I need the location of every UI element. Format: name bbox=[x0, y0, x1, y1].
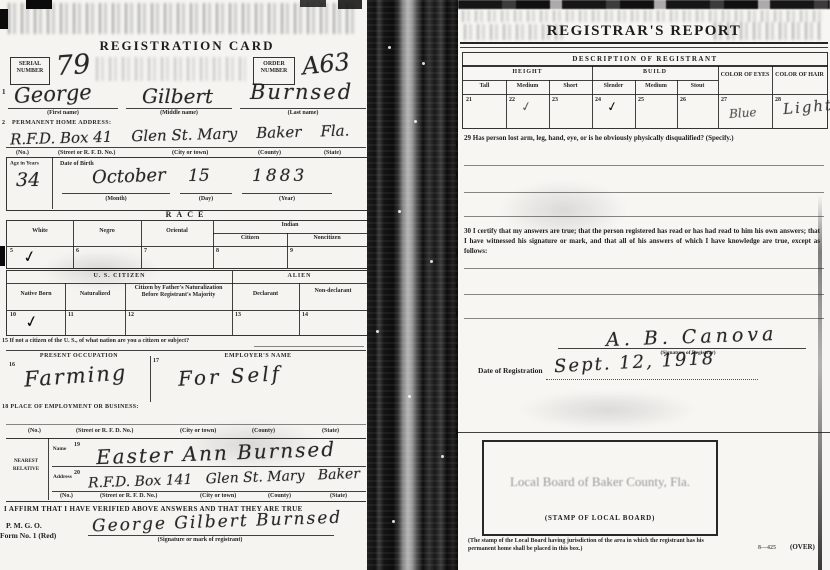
build-slender-checkmark: ✓ bbox=[606, 99, 620, 116]
q18-answer-line bbox=[6, 424, 366, 425]
dob-day-sublabel: (Day) bbox=[180, 196, 232, 203]
serial-number-box: SERIAL NUMBER bbox=[10, 57, 50, 85]
serial-number-label: SERIAL NUMBER bbox=[11, 61, 49, 75]
registrars-report-card: REGISTRAR'S REPORT DESCRIPTION OF REGIST… bbox=[458, 0, 830, 570]
naturalized-label: Naturalized bbox=[65, 291, 125, 298]
citizen-table: U. S. CITIZEN ALIEN Native Born Naturali… bbox=[6, 270, 368, 336]
race-indian-label: Indian bbox=[213, 222, 367, 229]
alien-header: ALIEN bbox=[232, 273, 367, 280]
form-code: 8—425 bbox=[758, 545, 776, 552]
age-label: Age in Years bbox=[10, 161, 39, 167]
stamp-box-label: (STAMP OF LOCAL BOARD) bbox=[484, 514, 716, 522]
relative-name-label: Name bbox=[53, 446, 67, 452]
build-header: BUILD bbox=[592, 69, 718, 76]
name-last-value: Burnsed bbox=[250, 80, 353, 104]
build-slender-num: 24 bbox=[595, 97, 601, 104]
film-speck bbox=[422, 62, 425, 65]
height-tall-num: 21 bbox=[466, 97, 472, 104]
declarant-label: Declarant bbox=[232, 291, 299, 298]
non-declarant-label: Non-declarant bbox=[299, 288, 367, 295]
eyes-value: Blue bbox=[729, 105, 757, 121]
citizen-grid-line bbox=[7, 310, 367, 311]
employer-header: EMPLOYER'S NAME bbox=[150, 353, 366, 360]
microfilm-ghost-text bbox=[8, 3, 356, 34]
race-table: White Negro Oriental Indian Citizen Nonc… bbox=[6, 220, 368, 269]
race-header: RACE bbox=[0, 210, 374, 219]
registration-date-value: Sept. 12, 1918 bbox=[554, 348, 716, 377]
relative-sublabel-state: (State) bbox=[330, 493, 347, 500]
dob-year-sublabel: (Year) bbox=[242, 196, 332, 203]
dob-month-value: October bbox=[92, 165, 166, 189]
title-double-rule bbox=[460, 42, 828, 48]
dob-day-value: 15 bbox=[188, 166, 210, 186]
race-grid-line bbox=[7, 246, 367, 247]
q29-answer-line bbox=[464, 192, 824, 193]
build-medium-label: Medium bbox=[635, 83, 677, 90]
hair-num: 28 bbox=[775, 97, 781, 104]
microfilm-top-bar bbox=[458, 0, 830, 9]
q18-sublabel-county: (County) bbox=[252, 428, 275, 435]
relative-sublabel-city: (City or town) bbox=[200, 493, 236, 500]
name-middle-value: Gilbert bbox=[142, 84, 213, 108]
relative-sublabel-county: (County) bbox=[268, 493, 291, 500]
race-indian-citizen-num: 8 bbox=[216, 248, 219, 255]
film-crease bbox=[818, 195, 822, 570]
age-value: 34 bbox=[16, 169, 40, 191]
name-underline bbox=[240, 108, 366, 109]
description-header: DESCRIPTION OF REGISTRANT bbox=[463, 55, 827, 63]
citizen-grid-line bbox=[125, 283, 126, 335]
address-sublabel-street: (Street or R. F. D. No.) bbox=[58, 150, 115, 157]
q18-sublabel-street: (Street or R. F. D. No.) bbox=[76, 428, 133, 435]
stamp-footnote: (The stamp of the Local Board having jur… bbox=[468, 537, 724, 553]
occupation-divider bbox=[150, 356, 151, 402]
address-sublabel-county: (County) bbox=[258, 150, 281, 157]
registrant-signature-label: (Signature or mark of registrant) bbox=[110, 537, 290, 544]
address-sublabel-city: (City or town) bbox=[172, 150, 208, 157]
race-oriental-num: 7 bbox=[144, 248, 147, 255]
film-speck bbox=[408, 395, 411, 398]
relative-sublabel-street: (Street or R. F. D. No.) bbox=[100, 493, 157, 500]
employer-value: For Self bbox=[177, 361, 282, 390]
local-board-stamp-text: Local Board of Baker County, Fla. bbox=[484, 474, 716, 490]
citizen-grid-line bbox=[232, 271, 233, 335]
native-born-label: Native Born bbox=[7, 291, 65, 298]
nearest-relative-divider bbox=[48, 438, 49, 500]
name-last-sublabel: (Last name) bbox=[240, 110, 366, 117]
film-edge-mark bbox=[300, 0, 326, 7]
dob-day-underline bbox=[180, 193, 232, 194]
race-indian-noncitizen-num: 9 bbox=[290, 248, 293, 255]
film-speck bbox=[392, 520, 395, 523]
q29-text: 29 Has person lost arm, leg, hand, eye, … bbox=[464, 133, 756, 144]
address-sublabel-no: (No.) bbox=[16, 150, 29, 157]
height-header: HEIGHT bbox=[463, 69, 592, 76]
race-oriental-label: Oriental bbox=[141, 228, 213, 235]
race-negro-num: 6 bbox=[76, 248, 79, 255]
address-label: PERMANENT HOME ADDRESS: bbox=[12, 120, 111, 127]
race-white-label: White bbox=[7, 228, 73, 235]
name-first-sublabel: (First name) bbox=[8, 110, 118, 117]
race-indian-citizen-label: Citizen bbox=[213, 235, 287, 242]
film-edge-mark bbox=[0, 246, 5, 266]
relative-addr-underline bbox=[52, 491, 366, 492]
race-grid-line bbox=[213, 233, 367, 234]
registrant-signature-underline bbox=[88, 535, 334, 536]
dob-year-value: 1883 bbox=[252, 166, 307, 186]
film-speck bbox=[388, 46, 391, 49]
build-stout-label: Stout bbox=[677, 83, 718, 90]
registration-card: REGISTRATION CARD SERIAL NUMBER 79 ORDER… bbox=[0, 0, 374, 570]
form-no: Form No. 1 (Red) bbox=[0, 531, 56, 540]
eyes-header: COLOR OF EYES bbox=[720, 72, 770, 79]
q15-text: 15 If not a citizen of the U. S., of wha… bbox=[2, 338, 189, 345]
report-title: REGISTRAR'S REPORT bbox=[458, 23, 830, 40]
film-speck bbox=[376, 330, 379, 333]
desc-grid-line bbox=[718, 66, 719, 128]
race-white-checkmark: ✓ bbox=[21, 246, 38, 267]
race-negro-label: Negro bbox=[73, 228, 141, 235]
q15-answer-line bbox=[254, 346, 364, 347]
microfilm-ghost-text bbox=[96, 57, 246, 81]
local-board-stamp-box: Local Board of Baker County, Fla. (STAMP… bbox=[482, 440, 718, 536]
employer-num: 17 bbox=[153, 358, 159, 365]
registration-date-underline bbox=[546, 379, 758, 380]
dob-year-underline bbox=[242, 193, 332, 194]
film-band bbox=[367, 0, 458, 570]
q29-answer-line bbox=[464, 165, 824, 166]
height-short-label: Short bbox=[549, 83, 592, 90]
race-white-num: 5 bbox=[10, 248, 13, 255]
occupation-header: PRESENT OCCUPATION bbox=[8, 353, 150, 360]
naturalized-num: 11 bbox=[68, 312, 74, 319]
film-edge-mark bbox=[0, 9, 8, 29]
hair-header: COLOR OF HAIR bbox=[774, 72, 825, 79]
nearest-relative-label-line2: RELATIVE bbox=[7, 467, 44, 473]
paper-smudge bbox=[518, 390, 698, 430]
stamp-section-rule bbox=[458, 432, 830, 433]
build-slender-label: Slender bbox=[592, 83, 635, 90]
relative-addr-label: Address bbox=[53, 474, 72, 480]
build-stout-num: 26 bbox=[680, 97, 686, 104]
non-declarant-num: 14 bbox=[302, 312, 308, 319]
desc-grid-line bbox=[463, 80, 718, 81]
occupation-value: Farming bbox=[23, 360, 128, 391]
relative-sublabel-no: (No.) bbox=[60, 493, 73, 500]
address-underline bbox=[6, 147, 366, 148]
relative-addr-num: 20 bbox=[74, 470, 80, 477]
q18-sublabel-city: (City or town) bbox=[180, 428, 216, 435]
dob-label: Date of Birth bbox=[60, 161, 94, 168]
occupation-num: 16 bbox=[9, 362, 15, 369]
dob-month-sublabel: (Month) bbox=[62, 196, 170, 203]
age-dob-divider bbox=[52, 157, 53, 209]
description-table: HEIGHT BUILD COLOR OF EYES COLOR OF HAIR… bbox=[462, 65, 828, 129]
name-underline bbox=[126, 108, 232, 109]
citizen-by-father-label: Citizen by Father's Naturalization Befor… bbox=[127, 285, 230, 299]
citizen-grid-line bbox=[7, 283, 367, 284]
film-speck bbox=[441, 455, 444, 458]
desc-grid-line bbox=[463, 94, 827, 95]
q29-answer-line bbox=[464, 216, 824, 217]
film-edge-mark bbox=[338, 0, 362, 9]
q30-answer-line bbox=[464, 318, 824, 319]
address-line-number: 2 bbox=[2, 120, 5, 127]
race-indian-noncitizen-label: Noncitizen bbox=[287, 235, 367, 242]
native-born-num: 10 bbox=[10, 312, 16, 319]
height-tall-label: Tall bbox=[463, 83, 506, 90]
name-underline bbox=[8, 108, 118, 109]
scanned-draft-card: { "left": { "title": "REGISTRATION CARD"… bbox=[0, 0, 830, 570]
hair-value: Light bbox=[782, 96, 830, 118]
address-sublabel-state: (State) bbox=[324, 150, 341, 157]
over-label: (OVER) bbox=[790, 543, 815, 551]
height-medium-checkmark: ✓ bbox=[520, 99, 534, 116]
relative-name-num: 19 bbox=[74, 442, 80, 449]
q18-sublabel-state: (State) bbox=[322, 428, 339, 435]
name-first-value: George bbox=[13, 80, 92, 108]
declarant-num: 13 bbox=[235, 312, 241, 319]
registrar-signature-value: A. B. Canova bbox=[606, 323, 778, 351]
build-medium-num: 25 bbox=[638, 97, 644, 104]
film-speck bbox=[430, 260, 433, 263]
film-edge-mark bbox=[26, 0, 52, 9]
serial-number-value: 79 bbox=[55, 49, 91, 82]
q30-text: 30 I certify that my answers are true; t… bbox=[464, 226, 820, 256]
height-medium-label: Medium bbox=[506, 83, 549, 90]
height-medium-num: 22 bbox=[509, 97, 515, 104]
film-speck bbox=[414, 120, 417, 123]
q18-sublabel-no: (No.) bbox=[28, 428, 41, 435]
q30-answer-line bbox=[464, 268, 824, 269]
desc-grid-line bbox=[772, 66, 773, 128]
registration-date-label: Date of Registration bbox=[478, 366, 543, 375]
name-middle-sublabel: (Middle name) bbox=[126, 110, 232, 117]
order-number-value: A63 bbox=[301, 48, 352, 81]
q30-answer-line bbox=[464, 294, 824, 295]
us-citizen-header: U. S. CITIZEN bbox=[7, 273, 232, 280]
height-short-num: 23 bbox=[552, 97, 558, 104]
order-number-label: ORDER NUMBER bbox=[254, 61, 294, 75]
name-line-number: 1 bbox=[2, 88, 6, 96]
occupation-section-topline bbox=[6, 350, 366, 351]
eyes-num: 27 bbox=[721, 97, 727, 104]
q18-text: 18 PLACE OF EMPLOYMENT OR BUSINESS: bbox=[2, 404, 139, 411]
form-org: P. M. G. O. bbox=[6, 521, 42, 530]
citizen-by-father-num: 12 bbox=[128, 312, 134, 319]
nearest-relative-label-line1: NEAREST bbox=[7, 459, 44, 465]
film-speck bbox=[398, 210, 401, 213]
microfilm-ghost-text bbox=[462, 10, 826, 22]
dob-month-underline bbox=[62, 193, 170, 194]
native-born-checkmark: ✓ bbox=[23, 311, 40, 332]
